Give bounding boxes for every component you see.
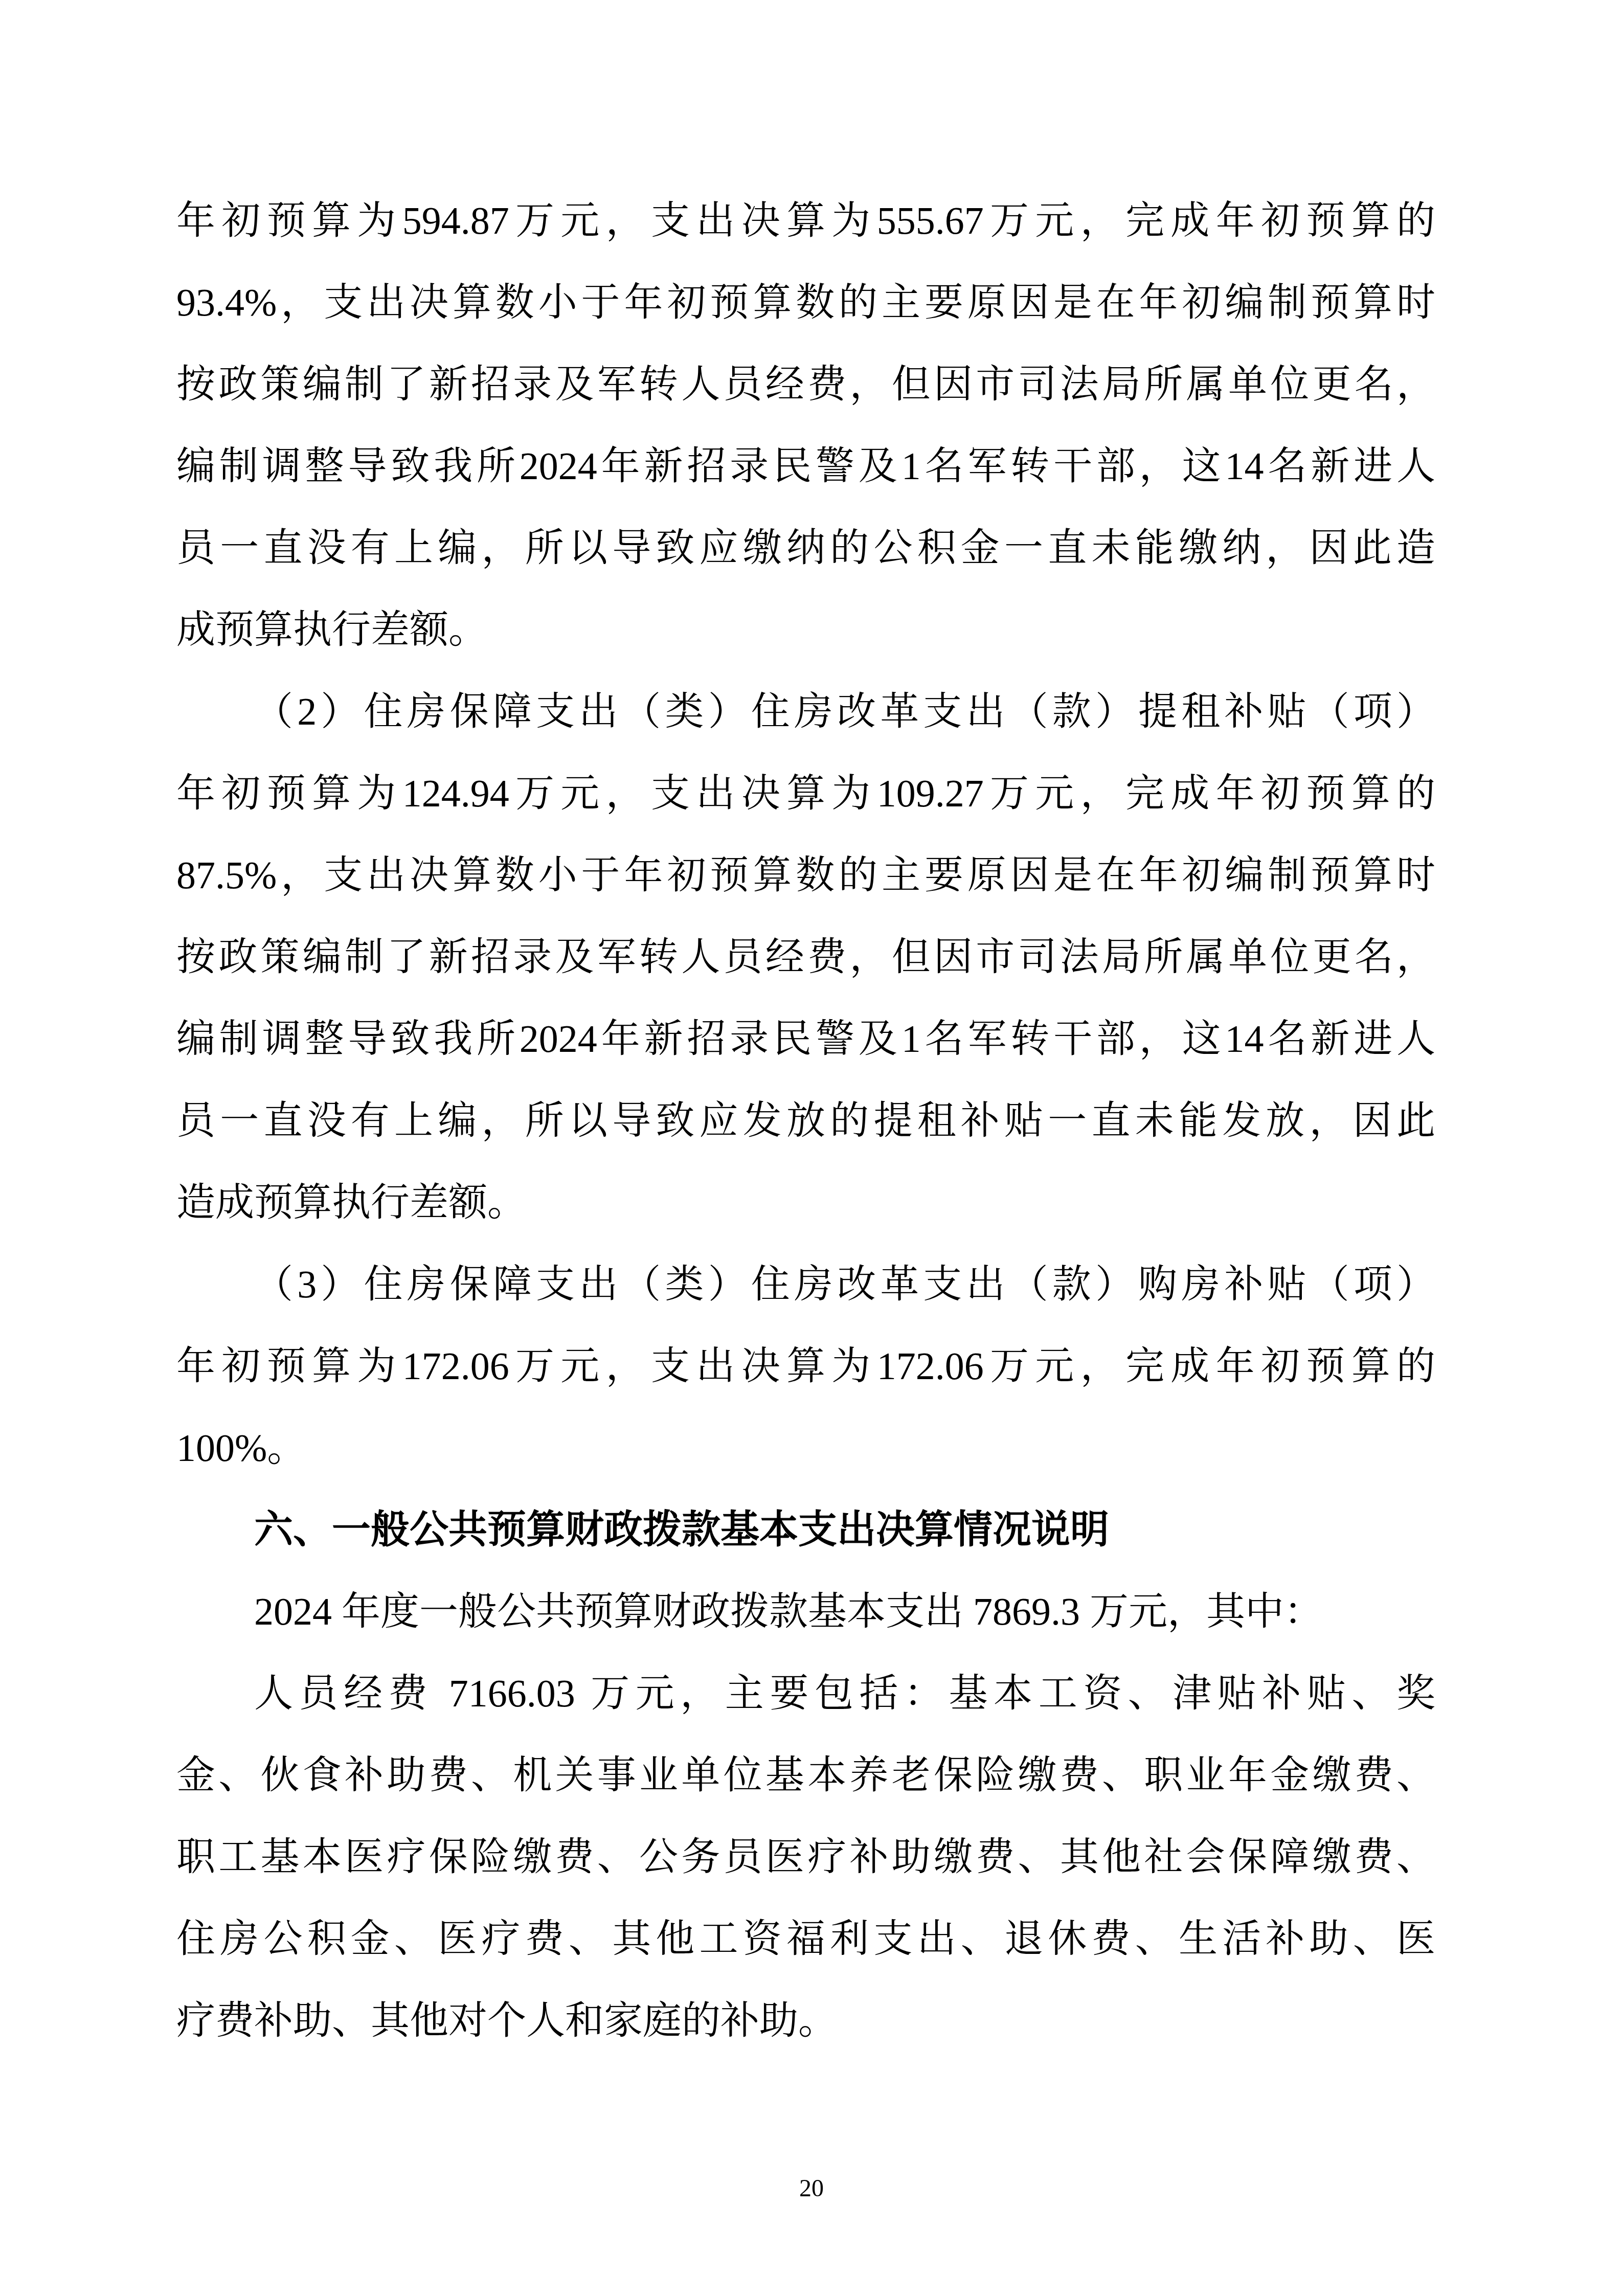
text-line: 93.4%，支出决算数小于年初预算数的主要原因是在年初编制预算时 (176, 262, 1435, 344)
text-line: （2）住房保障支出（类）住房改革支出（款）提租补贴（项） (176, 671, 1435, 753)
text-line: 人员经费 7166.03 万元，主要包括：基本工资、津贴补贴、奖 (176, 1653, 1435, 1735)
text-line: 100%。 (176, 1407, 1435, 1489)
text-line: 年初预算为172.06万元，支出决算为172.06万元，完成年初预算的 (176, 1325, 1435, 1407)
text-line: 住房公积金、医疗费、其他工资福利支出、退休费、生活补助、医 (176, 1898, 1435, 1980)
text-line: 成预算执行差额。 (176, 589, 1435, 671)
text-line: 员一直没有上编，所以导致应缴纳的公积金一直未能缴纳，因此造 (176, 507, 1435, 589)
page-number: 20 (799, 2175, 824, 2202)
text-line: 2024 年度一般公共预算财政拨款基本支出 7869.3 万元，其中： (176, 1571, 1435, 1653)
text-line: 87.5%，支出决算数小于年初预算数的主要原因是在年初编制预算时 (176, 835, 1435, 916)
text-line: 员一直没有上编，所以导致应发放的提租补贴一直未能发放，因此 (176, 1080, 1435, 1162)
text-line: 年初预算为594.87万元，支出决算为555.67万元，完成年初预算的 (176, 180, 1435, 262)
text-line: 按政策编制了新招录及军转人员经费，但因市司法局所属单位更名， (176, 916, 1435, 998)
text-line: 金、伙食补助费、机关事业单位基本养老保险缴费、职业年金缴费、 (176, 1735, 1435, 1816)
text-line: 疗费补助、其他对个人和家庭的补助。 (176, 1980, 1435, 2062)
text-line: 编制调整导致我所2024年新招录民警及1名军转干部，这14名新进人 (176, 998, 1435, 1080)
page-footer: 20 (0, 2171, 1623, 2207)
section-heading: 六、一般公共预算财政拨款基本支出决算情况说明 (176, 1489, 1435, 1571)
page-body-text: 年初预算为594.87万元，支出决算为555.67万元，完成年初预算的 93.4… (176, 180, 1435, 2062)
text-line: （3）住房保障支出（类）住房改革支出（款）购房补贴（项） (176, 1244, 1435, 1325)
text-line: 编制调整导致我所2024年新招录民警及1名军转干部，这14名新进人 (176, 425, 1435, 507)
text-line: 造成预算执行差额。 (176, 1162, 1435, 1244)
text-line: 职工基本医疗保险缴费、公务员医疗补助缴费、其他社会保障缴费、 (176, 1816, 1435, 1898)
document-page: 年初预算为594.87万元，支出决算为555.67万元，完成年初预算的 93.4… (0, 0, 1623, 2296)
text-line: 按政策编制了新招录及军转人员经费，但因市司法局所属单位更名， (176, 344, 1435, 425)
text-line: 年初预算为124.94万元，支出决算为109.27万元，完成年初预算的 (176, 753, 1435, 835)
